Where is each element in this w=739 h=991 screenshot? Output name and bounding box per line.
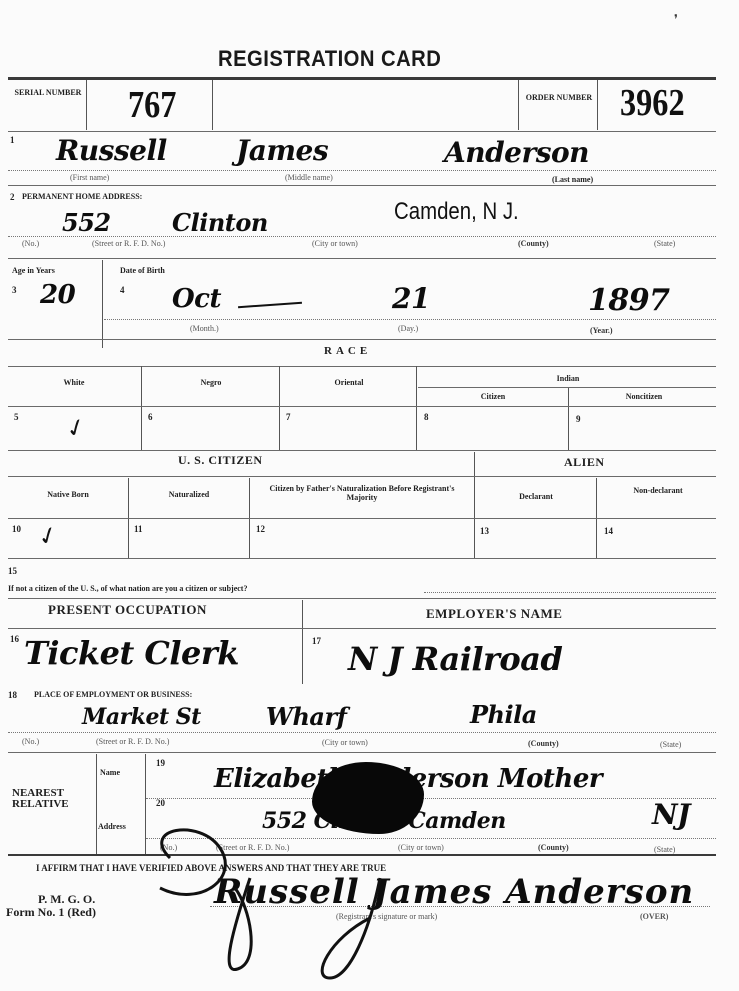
caption-city: (City or town) <box>322 738 368 747</box>
row-line <box>8 406 716 407</box>
dotted-line <box>8 236 716 237</box>
caption-county: (County) <box>518 239 549 248</box>
divider <box>302 600 303 684</box>
divider <box>212 80 213 130</box>
relative-name-label: Name <box>100 768 120 777</box>
field-1-number: 1 <box>10 135 15 145</box>
caption-state: (State) <box>660 740 681 749</box>
field-3-number: 3 <box>12 285 17 295</box>
card-title: REGISTRATION CARD <box>218 46 441 72</box>
middle-name: James <box>236 136 328 166</box>
divider <box>86 80 87 130</box>
native-born-label: Native Born <box>10 490 126 499</box>
occupation-heading: PRESENT OCCUPATION <box>48 604 207 615</box>
age-value: 20 <box>40 280 75 310</box>
employment-place: Wharf <box>266 702 346 732</box>
dob-year: 1897 <box>588 286 670 316</box>
field-9-number: 9 <box>576 414 581 424</box>
row-line <box>8 752 716 753</box>
signature-flourish <box>140 818 460 988</box>
caption-no: (No.) <box>22 239 39 248</box>
stray-mark: ❜ <box>674 12 678 27</box>
row-line <box>8 258 716 259</box>
divider <box>102 260 103 348</box>
caption-city: (City or town) <box>312 239 358 248</box>
employer-value: N J Railroad <box>348 644 562 674</box>
field-5-number: 5 <box>14 412 19 422</box>
dotted-line <box>8 732 716 733</box>
home-city-state: Camden, N J. <box>394 198 519 226</box>
alien-heading: ALIEN <box>564 457 605 468</box>
form-line-1: P. M. G. O. <box>38 894 95 905</box>
home-address-label: PERMANENT HOME ADDRESS: <box>22 192 142 201</box>
order-number: 3962 <box>620 84 685 122</box>
field-7-number: 7 <box>286 412 291 422</box>
race-heading: RACE <box>324 346 371 357</box>
row-line <box>8 558 716 559</box>
middle-name-caption: (Middle name) <box>285 173 333 182</box>
employment-street: Market St <box>82 702 201 732</box>
row-line <box>8 598 716 599</box>
race-indian-heading: Indian <box>420 374 716 383</box>
caption-state: (State) <box>654 845 675 854</box>
row-line <box>8 131 716 132</box>
home-street-number: 552 <box>62 208 111 238</box>
divider <box>597 80 598 130</box>
first-name: Russell <box>56 136 167 166</box>
serial-number: 767 <box>128 86 176 124</box>
field-18-number: 18 <box>8 690 17 700</box>
dotted-line <box>424 592 716 593</box>
dob-day: 21 <box>392 284 430 314</box>
relative-address-label: Address <box>98 822 126 831</box>
field-8-number: 8 <box>424 412 429 422</box>
over-label: (OVER) <box>640 912 668 921</box>
pen-stroke <box>238 302 302 308</box>
divider <box>141 366 142 450</box>
dotted-line <box>104 319 716 320</box>
row-line <box>418 387 716 388</box>
row-line <box>8 366 716 367</box>
native-born-check: ✓ <box>34 519 62 552</box>
divider <box>474 452 475 558</box>
row-line <box>8 185 716 186</box>
field-2-number: 2 <box>10 192 15 202</box>
race-indian-citizen-label: Citizen <box>420 392 566 401</box>
caption-street: (Street or R. F. D. No.) <box>96 737 169 746</box>
field-13-number: 13 <box>480 526 489 536</box>
divider <box>416 366 417 450</box>
field-4-number: 4 <box>120 285 125 295</box>
employment-city: Phila <box>470 700 537 730</box>
field-14-number: 14 <box>604 526 613 536</box>
caption-month: (Month.) <box>190 324 219 333</box>
declarant-label: Declarant <box>478 492 594 501</box>
race-indian-noncitizen-label: Noncitizen <box>572 392 716 401</box>
caption-day: (Day.) <box>398 324 418 333</box>
field-17-number: 17 <box>312 636 321 646</box>
caption-county: (County) <box>538 843 569 852</box>
caption-state: (State) <box>654 239 675 248</box>
divider <box>568 388 569 450</box>
caption-year: (Year.) <box>590 326 613 335</box>
caption-street: (Street or R. F. D. No.) <box>92 239 165 248</box>
race-white-check: ✓ <box>62 411 90 444</box>
last-name-caption: (Last name) <box>552 175 593 184</box>
nearest-relative-label: NEAREST RELATIVE <box>12 788 92 810</box>
first-name-caption: (First name) <box>70 173 109 182</box>
race-negro-label: Negro <box>146 378 276 387</box>
divider <box>518 80 519 130</box>
dotted-line <box>8 170 716 171</box>
divider <box>279 366 280 450</box>
race-white-label: White <box>14 378 134 387</box>
field-16-number: 16 <box>10 634 19 644</box>
employer-heading: EMPLOYER'S NAME <box>426 608 562 619</box>
order-label: ORDER NUMBER <box>524 93 594 102</box>
field-10-number: 10 <box>12 524 21 534</box>
row-line <box>8 450 716 451</box>
form-line-2: Form No. 1 (Red) <box>6 907 96 918</box>
relative-state: NJ <box>652 800 690 830</box>
home-street: Clinton <box>172 208 268 238</box>
field-11-number: 11 <box>134 524 143 534</box>
citizen-by-father-label: Citizen by Father's Naturalization Befor… <box>256 484 468 502</box>
occupation-value: Ticket Clerk <box>24 638 239 668</box>
divider <box>96 754 97 854</box>
field-20-number: 20 <box>156 798 165 808</box>
age-label: Age in Years <box>12 266 55 275</box>
dob-label: Date of Birth <box>120 266 165 275</box>
race-oriental-label: Oriental <box>284 378 414 387</box>
row-line <box>8 476 716 477</box>
field-15-number: 15 <box>8 566 17 576</box>
dotted-line <box>146 798 716 799</box>
dob-month: Oct <box>172 284 221 314</box>
field-12-number: 12 <box>256 524 265 534</box>
caption-no: (No.) <box>22 737 39 746</box>
us-citizen-heading: U. S. CITIZEN <box>178 455 263 466</box>
row-line <box>8 339 716 340</box>
top-border <box>8 77 716 80</box>
last-name: Anderson <box>444 138 589 168</box>
place-of-employment-label: PLACE OF EMPLOYMENT OR BUSINESS: <box>34 690 192 699</box>
non-declarant-label: Non-declarant <box>600 486 716 495</box>
serial-label: SERIAL NUMBER <box>14 88 82 97</box>
field-6-number: 6 <box>148 412 153 422</box>
nation-question: If not a citizen of the U. S., of what n… <box>8 584 247 593</box>
caption-county: (County) <box>528 739 559 748</box>
row-line <box>8 518 716 519</box>
field-19-number: 19 <box>156 758 165 768</box>
naturalized-label: Naturalized <box>130 490 248 499</box>
row-line <box>8 628 716 629</box>
